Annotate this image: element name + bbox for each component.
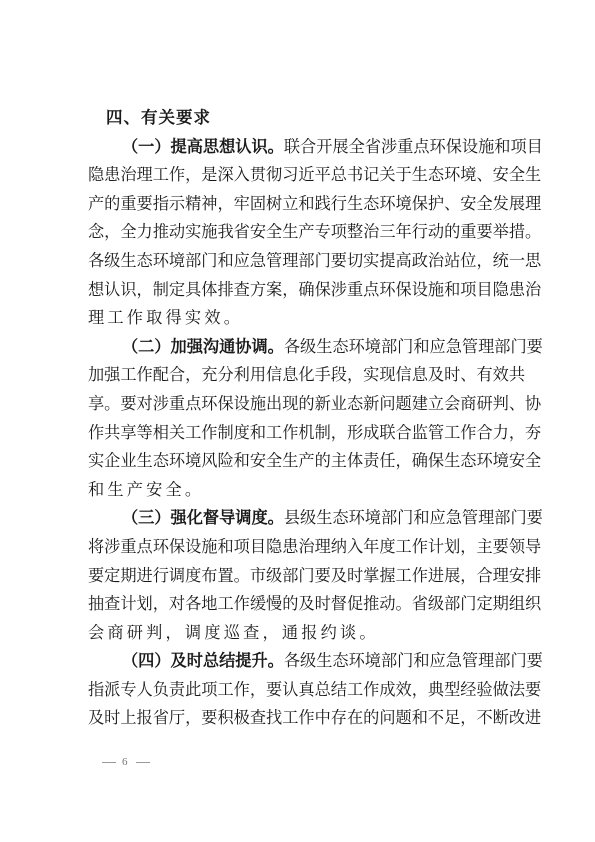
- footer-dash-right: [136, 762, 150, 763]
- paragraph-3: （三）强化督导调度。县级生态环境部门和应急管理部门要 将涉重点环保设施和项目隐患…: [88, 504, 514, 647]
- footer-dash-left: [102, 762, 116, 763]
- text-line: 实企业生态环境风险和安全生产的主体责任，确保生态环境安全: [88, 447, 514, 476]
- text-line: 隐患治理工作，是深入贯彻习近平总书记关于生态环境、安全生: [88, 161, 514, 190]
- text-line: 各级生态环境部门和应急管理部门要: [284, 651, 543, 670]
- section-heading: 四、有关要求: [106, 104, 514, 133]
- text-line: 将涉重点环保设施和项目隐患治理纳入年度工作计划，主要领导: [88, 533, 514, 562]
- text-line: 各级生态环境部门和应急管理部门要: [284, 337, 543, 356]
- text-line: 加强工作配合，充分利用信息化手段，实现信息及时、有效共: [88, 361, 514, 390]
- paragraph-first-line: （一）提高思想认识。联合开展全省涉重点环保设施和项目: [88, 133, 514, 162]
- text-line: 抽查计划，对各地工作缓慢的及时督促推动。省级部门定期组织: [88, 590, 514, 619]
- paragraph-4: （四）及时总结提升。各级生态环境部门和应急管理部门要 指派专人负责此项工作，要认…: [88, 647, 514, 733]
- text-line: 会商研判，调度巡查，通报约谈。: [88, 619, 514, 648]
- paragraph-2: （二）加强沟通协调。各级生态环境部门和应急管理部门要 加强工作配合，充分利用信息…: [88, 333, 514, 505]
- paragraph-first-line: （四）及时总结提升。各级生态环境部门和应急管理部门要: [88, 647, 514, 676]
- text-line: 享。要对涉重点环保设施出现的新业态新问题建立会商研判、协: [88, 390, 514, 419]
- text-line: 念，全力推动实施我省安全生产专项整治三年行动的重要举措。: [88, 218, 514, 247]
- paragraph-lead: （四）及时总结提升。: [122, 651, 284, 670]
- text-line: 想认识，制定具体排查方案，确保涉重点环保设施和项目隐患治: [88, 276, 514, 305]
- page-footer: 6: [96, 756, 156, 768]
- paragraph-first-line: （三）强化督导调度。县级生态环境部门和应急管理部门要: [88, 504, 514, 533]
- text-line: 各级生态环境部门和应急管理部门要切实提高政治站位，统一思: [88, 247, 514, 276]
- text-line: 及时上报省厅，要积极查找工作中存在的问题和不足，不断改进: [88, 704, 514, 733]
- document-page: 四、有关要求 （一）提高思想认识。联合开展全省涉重点环保设施和项目 隐患治理工作…: [88, 104, 514, 733]
- text-line: 理工作取得实效。: [88, 304, 514, 333]
- paragraph-first-line: （二）加强沟通协调。各级生态环境部门和应急管理部门要: [88, 333, 514, 362]
- paragraph-lead: （三）强化督导调度。: [122, 508, 284, 527]
- text-line: 指派专人负责此项工作，要认真总结工作成效，典型经验做法要: [88, 676, 514, 705]
- text-line: 作共享等相关工作制度和工作机制，形成联合监管工作合力，夯: [88, 419, 514, 448]
- text-line: 产的重要指示精神，牢固树立和践行生态环境保护、安全发展理: [88, 190, 514, 219]
- text-line: 联合开展全省涉重点环保设施和项目: [284, 137, 543, 156]
- text-line: 县级生态环境部门和应急管理部门要: [284, 508, 543, 527]
- text-line: 要定期进行调度布置。市级部门要及时掌握工作进展，合理安排: [88, 562, 514, 591]
- paragraph-lead: （二）加强沟通协调。: [122, 337, 284, 356]
- paragraph-lead: （一）提高思想认识。: [122, 137, 284, 156]
- text-line: 和生产安全。: [88, 476, 514, 505]
- page-number: 6: [122, 756, 130, 768]
- paragraph-1: （一）提高思想认识。联合开展全省涉重点环保设施和项目 隐患治理工作，是深入贯彻习…: [88, 133, 514, 333]
